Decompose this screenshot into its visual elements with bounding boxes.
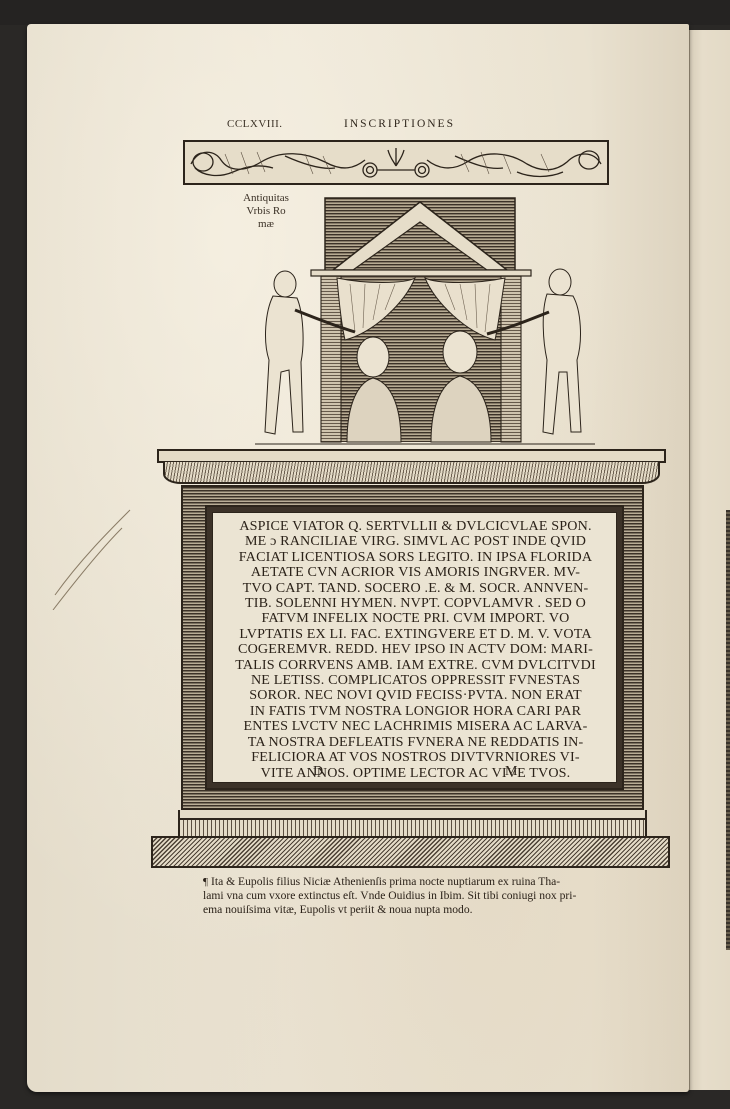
footnote-text: Ita & Eupolis filius Niciæ Athenienſis p… bbox=[211, 875, 560, 888]
inscription-line: TALIS CORRVENS AMB. IAM EXTRE. CVM DVLCI… bbox=[223, 658, 608, 673]
monument-cornice bbox=[157, 449, 666, 463]
inscription-line: SOROR. NEC NOVI QVID FECISS·PVTA. NON ER… bbox=[223, 688, 608, 703]
inscription-line: TVO CAPT. TAND. SOCERO .E. & M. SOCR. AN… bbox=[223, 581, 608, 596]
inscription-tablet: ASPICE VIATOR Q. SERTVLLII & DVLCICVLAE … bbox=[212, 512, 617, 783]
scanner-background bbox=[0, 0, 730, 25]
dm-letter-d: D bbox=[313, 764, 323, 780]
running-head: CCLXVIII. INSCRIPTIONES bbox=[0, 118, 730, 136]
inscription-line: FACIAT LICENTIOSA SORS LEGITO. IN IPSA F… bbox=[223, 550, 608, 565]
running-title: INSCRIPTIONES bbox=[344, 118, 455, 130]
folio-number: CCLXVIII. bbox=[227, 118, 283, 130]
inscription-text: ASPICE VIATOR Q. SERTVLLII & DVLCICVLAE … bbox=[223, 519, 608, 781]
inscription-line: ASPICE VIATOR Q. SERTVLLII & DVLCICVLAE … bbox=[223, 519, 608, 534]
inscription-line: COGEREMVR. REDD. HEV IPSO IN ACTV DOM: M… bbox=[223, 642, 608, 657]
inscription-line: LVPTATIS EX LI. FAC. EXTINGVERE ET D. M.… bbox=[223, 627, 608, 642]
footnote-line: ema nouiſsima vitæ, Eupolis vt periit & … bbox=[203, 903, 643, 917]
woodcut-scene-icon bbox=[255, 192, 595, 447]
pilcrow-icon: ¶ bbox=[203, 876, 208, 888]
inscription-line: AETATE CVN ACRIOR VIS AMORIS INGRVER. MV… bbox=[223, 565, 608, 580]
inscription-line: NE LETISS. COMPLICATOS OPPRESSIT FVNESTA… bbox=[223, 673, 608, 688]
dis-manibus-line: D M bbox=[213, 764, 616, 780]
woodcut-illustration bbox=[255, 192, 595, 447]
footnote-line: ¶Ita & Eupolis filius Niciæ Athenienſis … bbox=[203, 875, 643, 889]
facing-page-edge bbox=[689, 30, 730, 1090]
monument-plinth bbox=[151, 836, 670, 868]
footnote: ¶Ita & Eupolis filius Niciæ Athenienſis … bbox=[203, 875, 643, 918]
inscription-line: TIB. SOLENNI HYMEN. NVPT. COPVLAMVR . SE… bbox=[223, 596, 608, 611]
inscription-line: ME ɔ RANCILIAE VIRG. SIMVL AC POST INDE … bbox=[223, 534, 608, 549]
inscription-line: ENTES LVCTV NEC LACHRIMIS MISERA AC LARV… bbox=[223, 719, 608, 734]
monument-body: ASPICE VIATOR Q. SERTVLLII & DVLCICVLAE … bbox=[181, 485, 644, 810]
facing-page-text-edge bbox=[726, 510, 730, 950]
frieze-ornament-icon bbox=[185, 142, 607, 183]
pencil-mark-icon bbox=[50, 500, 180, 610]
inscription-line: FATVM INFELIX NOCTE PRI. CVM IMPORT. VO bbox=[223, 611, 608, 626]
dm-letter-m: M bbox=[505, 764, 517, 780]
inscription-line: IN FATIS TVM NOSTRA LONGIOR HORA CARI PA… bbox=[223, 704, 608, 719]
inscription-frame: ASPICE VIATOR Q. SERTVLLII & DVLCICVLAE … bbox=[205, 505, 624, 790]
footnote-line: lami vna cum vxore extinctus eſt. Vnde O… bbox=[203, 889, 643, 903]
monument-base-molding bbox=[178, 810, 647, 838]
ornamental-frieze bbox=[183, 140, 609, 185]
monument-cornice-molding bbox=[163, 462, 660, 484]
inscription-line: TA NOSTRA DEFLEATIS FVNERA NE REDDATIS I… bbox=[223, 735, 608, 750]
